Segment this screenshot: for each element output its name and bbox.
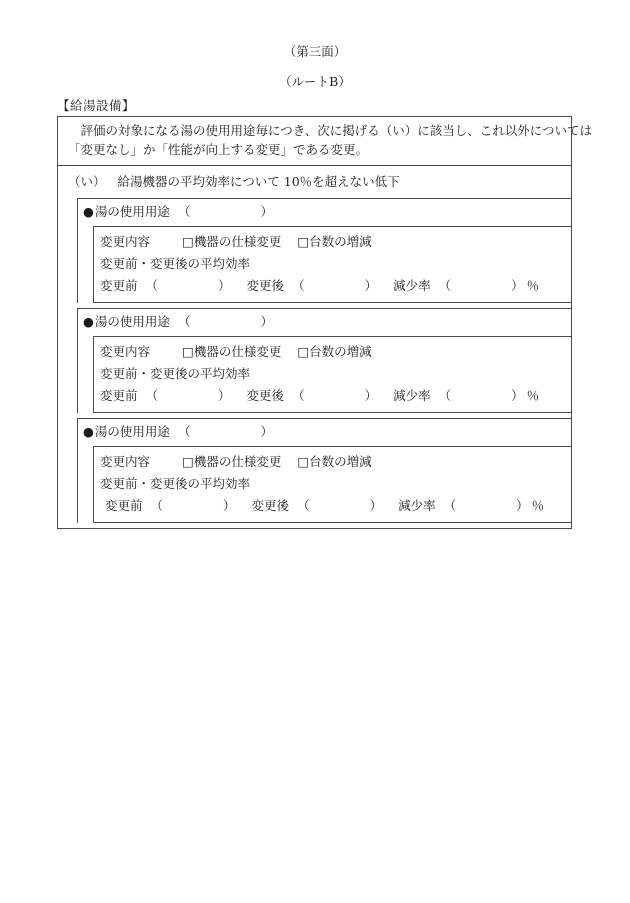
efficiency-label-row: 変更前・変更後の平均効率	[100, 253, 571, 275]
change-detail-box: 変更内容□機器の仕様変更□台数の増減 変更前・変更後の平均効率 変更前（）変更後…	[93, 446, 571, 523]
paren-close: ）	[218, 278, 231, 293]
before-label: 変更前	[100, 388, 138, 403]
rate-group: 減少率（）％	[393, 278, 539, 293]
checkbox-label: 機器の仕様変更	[194, 454, 282, 469]
checkbox-label: 台数の増減	[309, 344, 372, 359]
before-label: 変更前	[100, 278, 138, 293]
rate-group: 減少率（）％	[398, 498, 544, 513]
paren-close: ）	[260, 314, 273, 329]
intro-line-2: 「変更なし」か「性能が向上する変更」である変更。	[68, 140, 561, 159]
usage-header: ●湯の使用用途（）	[78, 419, 571, 446]
checkbox-label: 機器の仕様変更	[194, 234, 282, 249]
usage-input-field[interactable]: （）	[178, 204, 273, 219]
paren-close: ）	[223, 498, 236, 513]
change-content-row: 変更内容□機器の仕様変更□台数の増減	[100, 451, 571, 473]
paren-open: （	[439, 388, 452, 403]
before-input-field[interactable]: （）	[151, 498, 236, 513]
rate-label: 減少率	[393, 388, 431, 403]
checkbox-label: 台数の増減	[309, 454, 372, 469]
paren-close: ）	[511, 388, 524, 403]
bullet-icon: ●	[83, 204, 94, 219]
before-group: 変更前（）	[100, 278, 231, 293]
usage-block: ●湯の使用用途（） 変更内容□機器の仕様変更□台数の増減 変更前・変更後の平均効…	[77, 418, 571, 523]
paren-open: （	[297, 498, 310, 513]
percent-sign: ％	[527, 388, 540, 403]
paren-open: （	[146, 278, 159, 293]
after-label: 変更後	[252, 498, 290, 513]
change-detail-box: 変更内容□機器の仕様変更□台数の増減 変更前・変更後の平均効率 変更前（）変更後…	[93, 226, 571, 303]
paren-open: （	[444, 498, 457, 513]
usage-label: 湯の使用用途	[95, 314, 170, 329]
rate-group: 減少率（）％	[393, 388, 539, 403]
change-content-label: 変更内容	[100, 454, 150, 469]
efficiency-label-row: 変更前・変更後の平均効率	[100, 363, 571, 385]
paren-close: ）	[260, 204, 273, 219]
checkbox-icon: □	[182, 454, 194, 469]
usage-block: ●湯の使用用途（） 変更内容□機器の仕様変更□台数の増減 変更前・変更後の平均効…	[77, 308, 571, 413]
checkbox-icon: □	[297, 234, 309, 249]
condition-section: （い）給湯機器の平均効率について 10％を超えない低下 ●湯の使用用途（） 変更…	[58, 166, 571, 523]
values-row: 変更前（）変更後（）減少率（）％	[100, 385, 571, 407]
checkbox-icon: □	[182, 234, 194, 249]
checkbox-icon: □	[297, 344, 309, 359]
paren-open: （	[439, 278, 452, 293]
percent-sign: ％	[532, 498, 545, 513]
checkbox-icon: □	[297, 454, 309, 469]
after-group: 変更後（）	[247, 278, 378, 293]
percent-sign: ％	[527, 278, 540, 293]
usage-header: ●湯の使用用途（）	[78, 199, 571, 226]
after-input-field[interactable]: （）	[292, 278, 377, 293]
condition-label: （い）	[68, 174, 106, 189]
after-group: 変更後（）	[247, 388, 378, 403]
bullet-icon: ●	[83, 424, 94, 439]
paren-open: （	[178, 314, 191, 329]
change-content-row: 変更内容□機器の仕様変更□台数の増減	[100, 231, 571, 253]
usage-input-field[interactable]: （）	[178, 424, 273, 439]
bullet-icon: ●	[83, 314, 94, 329]
condition-heading: （い）給湯機器の平均効率について 10％を超えない低下	[58, 166, 571, 198]
rate-input-field[interactable]: （）	[439, 388, 524, 403]
values-row: 変更前（）変更後（）減少率（）％	[100, 495, 571, 517]
paren-open: （	[292, 388, 305, 403]
checkbox-spec-change[interactable]: □機器の仕様変更	[182, 454, 281, 469]
rate-label: 減少率	[398, 498, 436, 513]
paren-close: ）	[218, 388, 231, 403]
paren-close: ）	[260, 424, 273, 439]
intro-box: 評価の対象になる湯の使用用途毎につき、次に掲げる（い）に該当し、これ以外について…	[58, 117, 571, 166]
rate-label: 減少率	[393, 278, 431, 293]
checkbox-label: 機器の仕様変更	[194, 344, 282, 359]
usage-blocks: ●湯の使用用途（） 変更内容□機器の仕様変更□台数の増減 変更前・変更後の平均効…	[77, 198, 571, 523]
checkbox-spec-change[interactable]: □機器の仕様変更	[182, 344, 281, 359]
paren-open: （	[292, 278, 305, 293]
usage-input-field[interactable]: （）	[178, 314, 273, 329]
checkbox-unit-count[interactable]: □台数の増減	[297, 344, 371, 359]
paren-close: ）	[516, 498, 529, 513]
before-input-field[interactable]: （）	[146, 278, 231, 293]
efficiency-label: 変更前・変更後の平均効率	[100, 256, 250, 271]
intro-line-1: 評価の対象になる湯の使用用途毎につき、次に掲げる（い）に該当し、これ以外について…	[68, 121, 561, 140]
after-label: 変更後	[247, 388, 285, 403]
paren-close: ）	[511, 278, 524, 293]
rate-input-field[interactable]: （）	[444, 498, 529, 513]
paren-open: （	[146, 388, 159, 403]
efficiency-label: 変更前・変更後の平均効率	[100, 476, 250, 491]
paren-close: ）	[365, 388, 378, 403]
paren-open: （	[151, 498, 164, 513]
after-input-field[interactable]: （）	[297, 498, 382, 513]
before-input-field[interactable]: （）	[146, 388, 231, 403]
before-group: 変更前（）	[105, 498, 236, 513]
document-page: （第三面） （ルートB） 【給湯設備】 評価の対象になる湯の使用用途毎につき、次…	[0, 0, 630, 903]
efficiency-label: 変更前・変更後の平均効率	[100, 366, 250, 381]
after-input-field[interactable]: （）	[292, 388, 377, 403]
values-row: 変更前（）変更後（）減少率（）％	[100, 275, 571, 297]
after-label: 変更後	[247, 278, 285, 293]
route-title: （ルートB）	[0, 75, 630, 89]
efficiency-label-row: 変更前・変更後の平均効率	[100, 473, 571, 495]
checkbox-icon: □	[182, 344, 194, 359]
paren-open: （	[178, 204, 191, 219]
checkbox-label: 台数の増減	[309, 234, 372, 249]
face-title: （第三面）	[0, 0, 630, 59]
change-content-label: 変更内容	[100, 234, 150, 249]
change-detail-box: 変更内容□機器の仕様変更□台数の増減 変更前・変更後の平均効率 変更前（）変更後…	[93, 336, 571, 413]
paren-open: （	[178, 424, 191, 439]
paren-close: ）	[365, 278, 378, 293]
change-content-row: 変更内容□機器の仕様変更□台数の増減	[100, 341, 571, 363]
before-group: 変更前（）	[100, 388, 231, 403]
usage-label: 湯の使用用途	[95, 424, 170, 439]
checkbox-unit-count[interactable]: □台数の増減	[297, 454, 371, 469]
paren-close: ）	[370, 498, 383, 513]
hot-water-section-box: 評価の対象になる湯の使用用途毎につき、次に掲げる（い）に該当し、これ以外について…	[57, 116, 572, 529]
checkbox-spec-change[interactable]: □機器の仕様変更	[182, 234, 281, 249]
after-group: 変更後（）	[252, 498, 383, 513]
usage-block: ●湯の使用用途（） 変更内容□機器の仕様変更□台数の増減 変更前・変更後の平均効…	[77, 198, 571, 303]
before-label: 変更前	[105, 498, 143, 513]
usage-label: 湯の使用用途	[95, 204, 170, 219]
condition-text: 給湯機器の平均効率について 10％を超えない低下	[118, 174, 400, 189]
usage-header: ●湯の使用用途（）	[78, 309, 571, 336]
change-content-label: 変更内容	[100, 344, 150, 359]
checkbox-unit-count[interactable]: □台数の増減	[297, 234, 371, 249]
rate-input-field[interactable]: （）	[439, 278, 524, 293]
section-title: 【給湯設備】	[57, 99, 630, 113]
